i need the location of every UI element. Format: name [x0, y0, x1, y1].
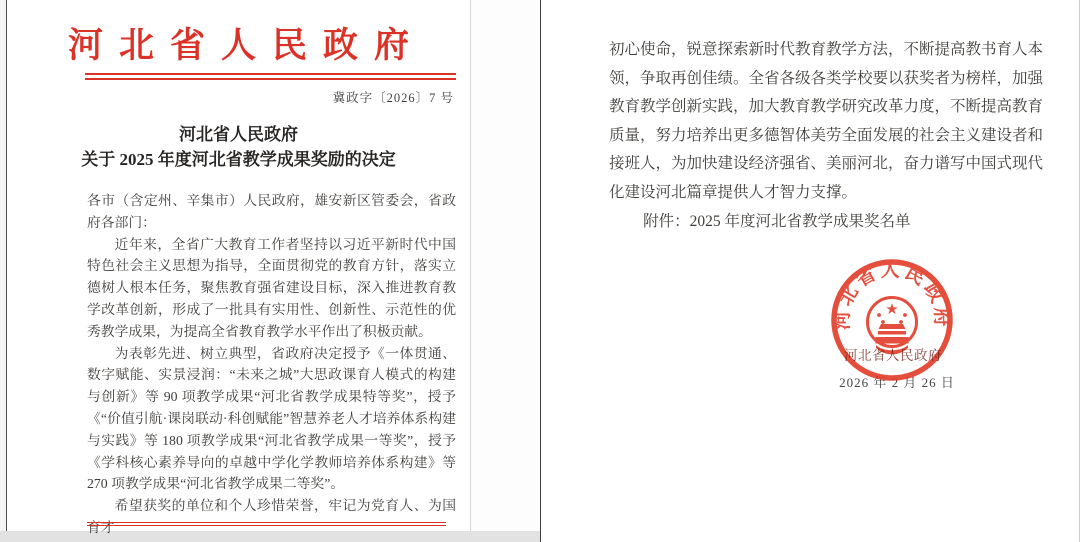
paragraph: 近年来，全省广大教育工作者坚持以习近平新时代中国特色社会主义思想为指导，全面贯彻…	[87, 234, 456, 343]
seal-ring-text: 河北省人民政府	[831, 259, 953, 330]
paragraph-continued: 初心使命，锐意探索新时代教育教学方法，不断提高教书育人本领，争取再创佳绩。全省各…	[609, 36, 1043, 208]
page1-footer-divider	[87, 522, 446, 526]
page-gap	[470, 0, 540, 531]
attachment-line: 附件：2025 年度河北省教学成果奖名单	[609, 208, 1043, 237]
document-number: 冀政字〔2026〕7 号	[7, 88, 454, 106]
paragraph: 希望获奖的单位和个人珍惜荣誉，牢记为党育人、为国育才	[87, 495, 456, 539]
paragraph: 为表彰先进、树立典型，省政府决定授予《一体贯通、数字赋能、实景浸润：“未来之城”…	[87, 343, 456, 496]
letterhead-title: 河北省人民政府	[7, 25, 470, 67]
seal-graphic: 河北省人民政府 ★	[829, 257, 955, 383]
page1-body: 各市（含定州、辛集市）人民政府，雄安新区管委会，省政府各部门： 近年来，全省广大…	[87, 190, 456, 539]
emblem-gate-base	[876, 337, 909, 344]
emblem-star-icon: ★	[885, 302, 898, 318]
salutation: 各市（含定州、辛集市）人民政府，雄安新区管委会，省政府各部门：	[87, 190, 456, 234]
emblem-gate-mid	[878, 331, 906, 335]
document-title-line1: 河北省人民政府	[7, 122, 470, 147]
document-page-2: 初心使命，锐意探索新时代教育教学方法，不断提高教书育人本领，争取再创佳绩。全省各…	[540, 0, 1080, 542]
document-title-line2: 关于 2025 年度河北省教学成果奖励的决定	[7, 147, 470, 172]
document-title: 河北省人民政府 关于 2025 年度河北省教学成果奖励的决定	[7, 122, 470, 172]
emblem-gate-roof	[879, 324, 906, 329]
letterhead-divider	[85, 73, 456, 80]
document-page-1: 河北省人民政府 冀政字〔2026〕7 号 河北省人民政府 关于 2025 年度河…	[6, 0, 471, 531]
official-seal: 河北省人民政府 ★	[829, 257, 955, 383]
issuer-signature: 河北省人民政府	[833, 344, 953, 364]
page2-body: 初心使命，锐意探索新时代教育教学方法，不断提高教书育人本领，争取再创佳绩。全省各…	[609, 36, 1043, 236]
